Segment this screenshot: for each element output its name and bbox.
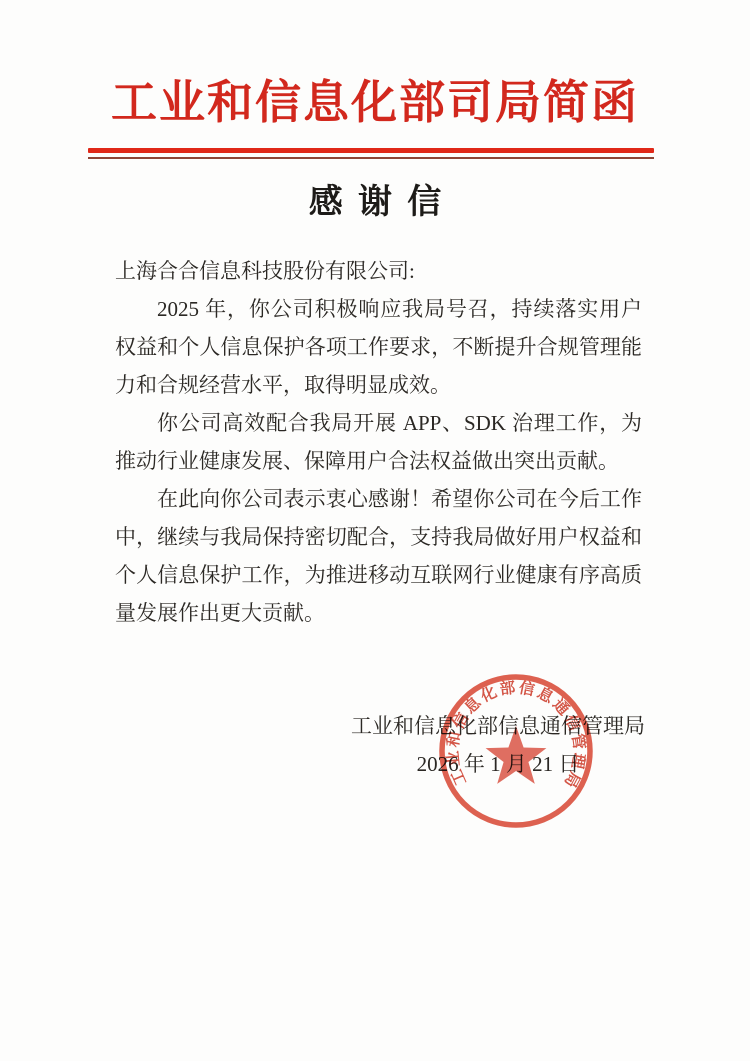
signature-date: 2026 年 1 月 21 日 [298,745,698,783]
body-paragraph: 2025 年，你公司积极响应我局号召，持续落实用户权益和个人信息保护各项工作要求… [115,290,642,404]
masthead-title: 工业和信息化部司局简函 [0,66,750,132]
body-paragraph: 你公司高效配合我局开展 APP、SDK 治理工作，为推动行业健康发展、保障用户合… [115,404,642,480]
signature-org: 工业和信息化部信息通信管理局 [298,707,698,745]
letter-body: 上海合合信息科技股份有限公司: 2025 年，你公司积极响应我局号召，持续落实用… [115,252,642,632]
signature-block: 工业和信息化部信息通信管理局 2026 年 1 月 21 日 [298,707,698,783]
letter-heading: 感谢信 [0,174,750,223]
recipient-line: 上海合合信息科技股份有限公司: [115,252,642,290]
masthead-rule-thin [88,157,654,159]
masthead-rule-thick [88,148,654,153]
letter-page: 工业和信息化部司局简函 感谢信 上海合合信息科技股份有限公司: 2025 年，你… [0,0,750,1061]
body-paragraph: 在此向你公司表示衷心感谢！希望你公司在今后工作中，继续与我局保持密切配合，支持我… [115,480,642,632]
